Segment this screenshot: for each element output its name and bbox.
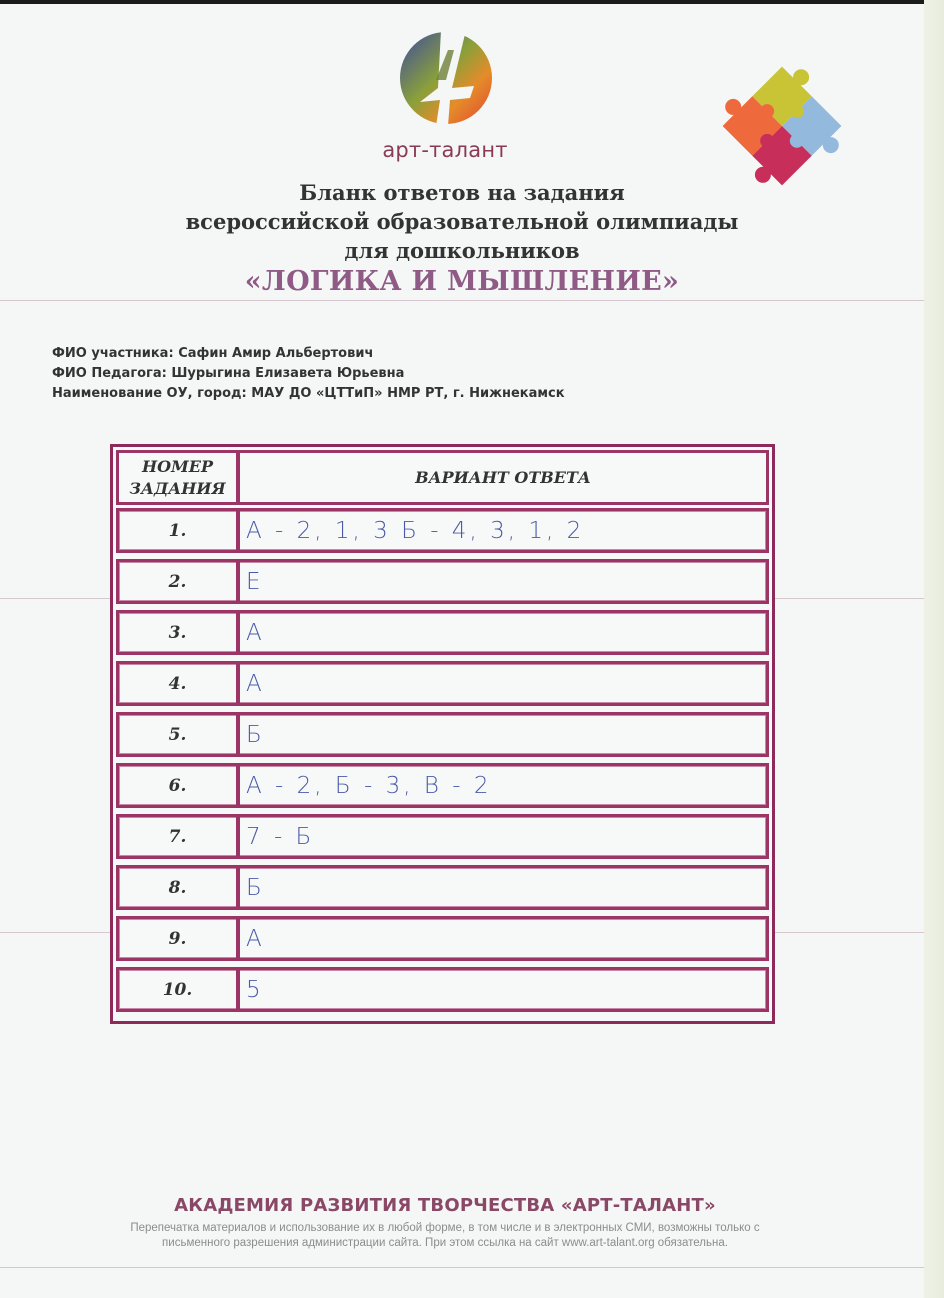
handwritten-answer: А - 2, 1, 3 Б - 4, 3, 1, 2: [240, 511, 766, 550]
fold-line: [0, 1267, 924, 1268]
answers-table: НОМЕРЗАДАНИЯ ВАРИАНТ ОТВЕТА 1.А - 2, 1, …: [110, 444, 775, 1024]
table-header: НОМЕРЗАДАНИЯ ВАРИАНТ ОТВЕТА: [116, 450, 769, 505]
table-row: 2.Е: [116, 559, 769, 604]
participant-label: ФИО участника:: [52, 346, 174, 361]
olympiad-name: «ЛОГИКА И МЫШЛЕНИЕ»: [0, 266, 924, 297]
handwritten-answer: А: [240, 919, 766, 958]
table-row: 4.А: [116, 661, 769, 706]
table-row: 1.А - 2, 1, 3 Б - 4, 3, 1, 2: [116, 508, 769, 553]
footer-copyright-note: Перепечатка материалов и использование и…: [60, 1221, 830, 1251]
scan-edge-top: [0, 0, 944, 4]
participant-info: ФИО участника: Сафин Амир Альбертович: [52, 346, 373, 361]
handwritten-answer: А: [240, 613, 766, 652]
organization-label: Наименование ОУ, город:: [52, 386, 247, 401]
task-number: 4.: [119, 664, 240, 703]
handwritten-answer: А - 2, Б - 3, В - 2: [240, 766, 766, 805]
handwritten-answer: Б: [240, 868, 766, 907]
fold-line: [0, 300, 924, 301]
task-number: 1.: [119, 511, 240, 550]
table-row: 3.А: [116, 610, 769, 655]
handwritten-answer: А: [240, 664, 766, 703]
art-talant-logo-icon: [396, 28, 496, 128]
column-header-number: НОМЕРЗАДАНИЯ: [119, 453, 240, 502]
table-row: 8.Б: [116, 865, 769, 910]
table-row: 7.7 - Б: [116, 814, 769, 859]
table-row: 10.5: [116, 967, 769, 1012]
teacher-label: ФИО Педагога:: [52, 366, 167, 381]
task-number: 7.: [119, 817, 240, 856]
task-number: 8.: [119, 868, 240, 907]
task-number: 6.: [119, 766, 240, 805]
participant-name: Сафин Амир Альбертович: [178, 346, 373, 361]
table-row: 6.А - 2, Б - 3, В - 2: [116, 763, 769, 808]
task-number: 10.: [119, 970, 240, 1009]
organization-info: Наименование ОУ, город: МАУ ДО «ЦТТиП» Н…: [52, 386, 565, 401]
task-number: 9.: [119, 919, 240, 958]
title-line-2: всероссийской образовательной олимпиады: [0, 209, 924, 234]
handwritten-answer: 5: [240, 970, 766, 1009]
task-number: 3.: [119, 613, 240, 652]
footer-academy: АКАДЕМИЯ РАЗВИТИЯ ТВОРЧЕСТВА «АРТ-ТАЛАНТ…: [0, 1195, 890, 1216]
teacher-info: ФИО Педагога: Шурыгина Елизавета Юрьевна: [52, 366, 404, 381]
handwritten-answer: Б: [240, 715, 766, 754]
teacher-name: Шурыгина Елизавета Юрьевна: [171, 366, 404, 381]
table-row: 9.А: [116, 916, 769, 961]
column-header-answer: ВАРИАНТ ОТВЕТА: [240, 453, 766, 502]
title-line-1: Бланк ответов на задания: [0, 180, 924, 205]
handwritten-answer: Е: [240, 562, 766, 601]
task-number: 2.: [119, 562, 240, 601]
organization-value: МАУ ДО «ЦТТиП» НМР РТ, г. Нижнекамск: [251, 386, 564, 401]
logo-wordmark: арт-талант: [370, 138, 520, 162]
title-line-3: для дошкольников: [0, 238, 924, 263]
handwritten-answer: 7 - Б: [240, 817, 766, 856]
table-row: 5.Б: [116, 712, 769, 757]
scan-edge-right: [924, 0, 944, 1298]
task-number: 5.: [119, 715, 240, 754]
